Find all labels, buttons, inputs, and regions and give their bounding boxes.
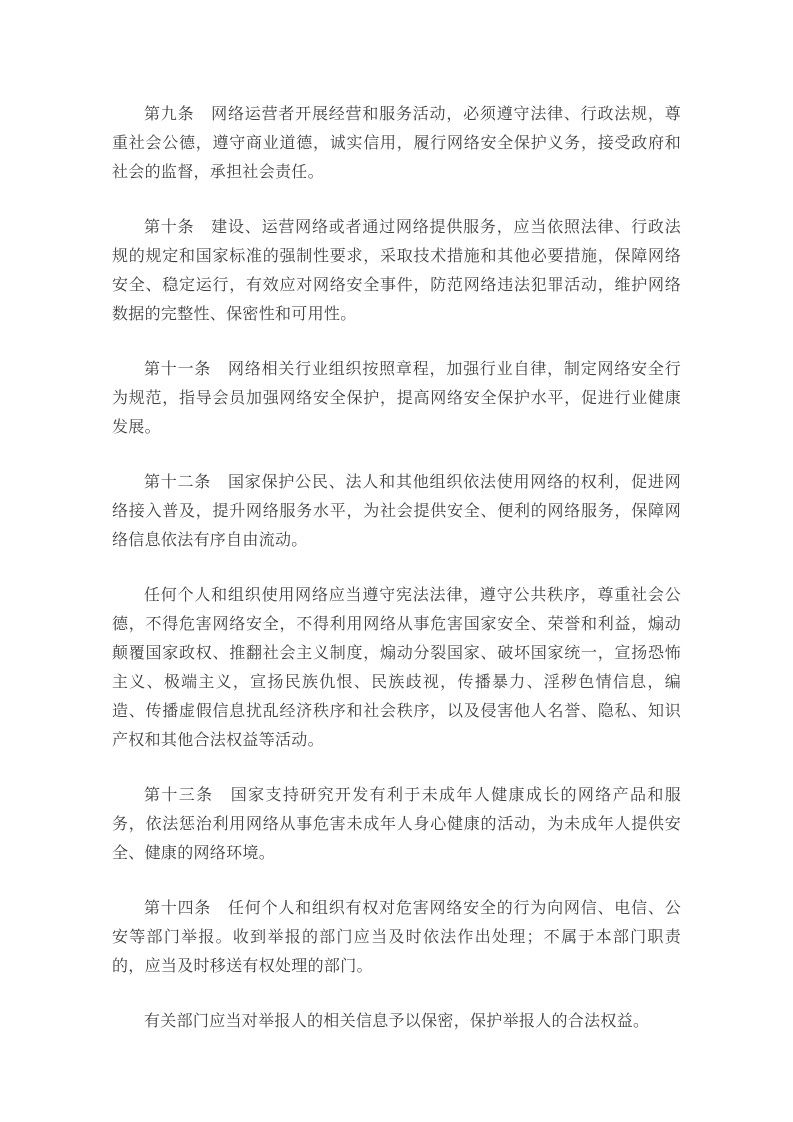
paragraph-article-9: 第九条 网络运营者开展经营和服务活动，必须遵守法律、行政法规，尊重社会公德，遵守… [112, 99, 681, 186]
paragraph-article-14: 第十四条 任何个人和组织有权对危害网络安全的行为向网信、电信、公安等部门举报。收… [112, 893, 681, 980]
paragraph-article-10: 第十条 建设、运营网络或者通过网络提供服务，应当依照法律、行政法规的规定和国家标… [112, 212, 681, 328]
paragraph-article-13: 第十三条 国家支持研究开发有利于未成年人健康成长的网络产品和服务，依法惩治利用网… [112, 780, 681, 867]
paragraph-article-11: 第十一条 网络相关行业组织按照章程，加强行业自律，制定网络安全行为规范，指导会员… [112, 354, 681, 441]
document-body: 第九条 网络运营者开展经营和服务活动，必须遵守法律、行政法规，尊重社会公德，遵守… [112, 99, 681, 1035]
paragraph-article-12-clause-2: 任何个人和组织使用网络应当遵守宪法法律，遵守公共秩序，尊重社会公德，不得危害网络… [112, 580, 681, 754]
paragraph-article-12: 第十二条 国家保护公民、法人和其他组织依法使用网络的权利，促进网络接入普及，提升… [112, 467, 681, 554]
paragraph-article-14-clause-2: 有关部门应当对举报人的相关信息予以保密，保护举报人的合法权益。 [112, 1006, 681, 1035]
document-page: 第九条 网络运营者开展经营和服务活动，必须遵守法律、行政法规，尊重社会公德，遵守… [0, 0, 793, 1122]
